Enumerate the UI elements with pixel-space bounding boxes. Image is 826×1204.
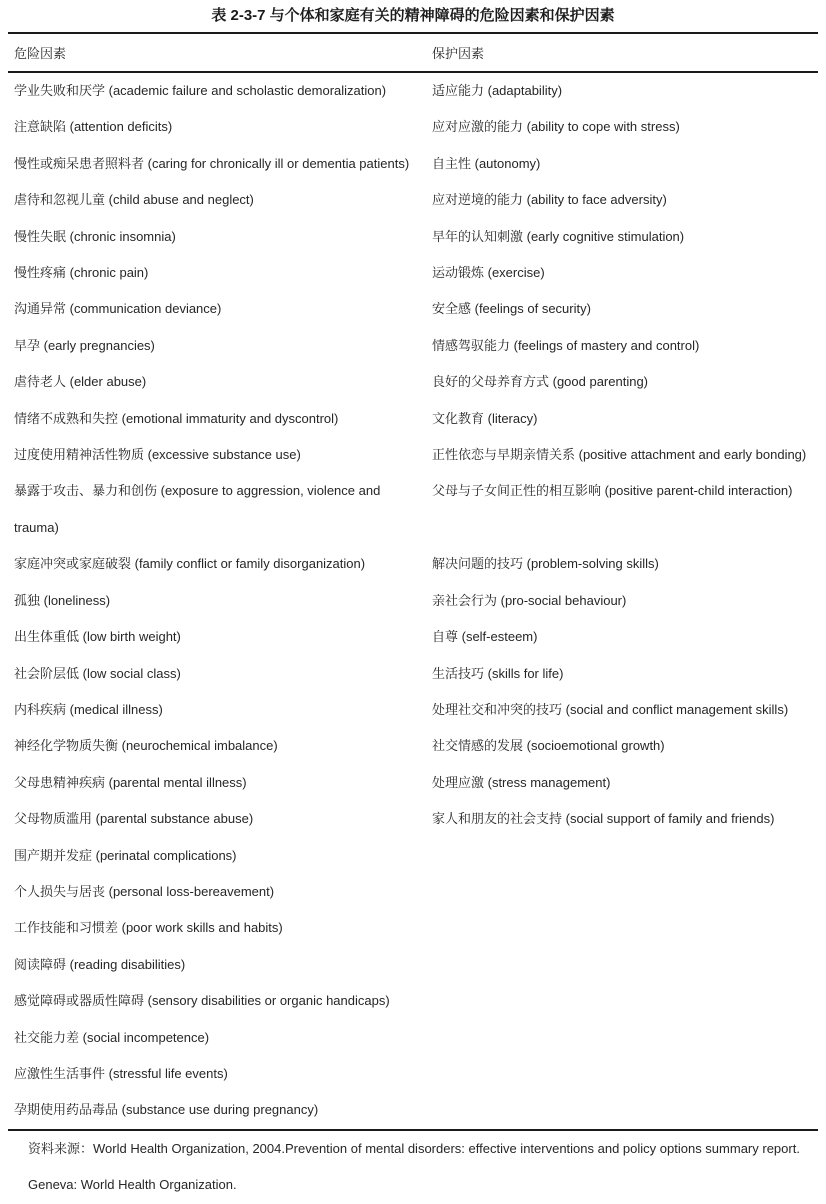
table-header-row: 危险因素 保护因素 <box>8 33 818 72</box>
table-row: 个人损失与居丧 (personal loss-bereavement) <box>8 874 818 910</box>
table-row: 父母物质滥用 (parental substance abuse) 家人和朋友的… <box>8 801 818 837</box>
risk-factor-cell: 暴露于攻击、暴力和创伤 (exposure to aggression, vio… <box>8 473 426 546</box>
protective-factor-cell: 运动锻炼 (exercise) <box>426 255 818 291</box>
protective-factor-cell: 适应能力 (adaptability) <box>426 72 818 109</box>
risk-factor-cell: 应激性生活事件 (stressful life events) <box>8 1056 426 1092</box>
risk-factor-cell: 虐待和忽视儿童 (child abuse and neglect) <box>8 182 426 218</box>
risk-factor-cell: 孤独 (loneliness) <box>8 583 426 619</box>
table-row: 学业失败和厌学 (academic failure and scholastic… <box>8 72 818 109</box>
protective-factor-cell <box>426 1020 818 1056</box>
protective-factor-cell: 生活技巧 (skills for life) <box>426 656 818 692</box>
table-row: 慢性或痴呆患者照料者 (caring for chronically ill o… <box>8 146 818 182</box>
source-note-line2: Geneva: World Health Organization. <box>28 1167 818 1203</box>
column-header-protective: 保护因素 <box>426 33 818 72</box>
table-row: 慢性失眠 (chronic insomnia) 早年的认知刺激 (early c… <box>8 219 818 255</box>
risk-factor-cell: 慢性疼痛 (chronic pain) <box>8 255 426 291</box>
risk-factor-cell: 早孕 (early pregnancies) <box>8 328 426 364</box>
table-row: 围产期并发症 (perinatal complications) <box>8 838 818 874</box>
risk-factor-cell: 阅读障碍 (reading disabilities) <box>8 947 426 983</box>
protective-factor-cell: 自尊 (self-esteem) <box>426 619 818 655</box>
table-row: 出生体重低 (low birth weight) 自尊 (self-esteem… <box>8 619 818 655</box>
table-row: 早孕 (early pregnancies) 情感驾驭能力 (feelings … <box>8 328 818 364</box>
risk-factor-cell: 虐待老人 (elder abuse) <box>8 364 426 400</box>
protective-factor-cell: 自主性 (autonomy) <box>426 146 818 182</box>
table-row: 社会阶层低 (low social class) 生活技巧 (skills fo… <box>8 656 818 692</box>
protective-factor-cell <box>426 1056 818 1092</box>
risk-factor-cell: 内科疾病 (medical illness) <box>8 692 426 728</box>
table-row: 注意缺陷 (attention deficits) 应对应激的能力 (abili… <box>8 109 818 145</box>
table-row: 阅读障碍 (reading disabilities) <box>8 947 818 983</box>
table-row: 孤独 (loneliness) 亲社会行为 (pro-social behavi… <box>8 583 818 619</box>
protective-factor-cell: 情感驾驭能力 (feelings of mastery and control) <box>426 328 818 364</box>
table-row: 孕期使用药品毒品 (substance use during pregnancy… <box>8 1092 818 1129</box>
protective-factor-cell: 处理应激 (stress management) <box>426 765 818 801</box>
table-row: 工作技能和习惯差 (poor work skills and habits) <box>8 910 818 946</box>
table-row: 家庭冲突或家庭破裂 (family conflict or family dis… <box>8 546 818 582</box>
column-header-risk: 危险因素 <box>8 33 426 72</box>
table-row: 沟通异常 (communication deviance) 安全感 (feeli… <box>8 291 818 327</box>
risk-factor-cell: 孕期使用药品毒品 (substance use during pregnancy… <box>8 1092 426 1129</box>
table-row: 父母患精神疾病 (parental mental illness) 处理应激 (… <box>8 765 818 801</box>
risk-factor-cell: 过度使用精神活性物质 (excessive substance use) <box>8 437 426 473</box>
table-row: 内科疾病 (medical illness) 处理社交和冲突的技巧 (socia… <box>8 692 818 728</box>
protective-factor-cell: 应对逆境的能力 (ability to face adversity) <box>426 182 818 218</box>
protective-factor-cell: 社交情感的发展 (socioemotional growth) <box>426 728 818 764</box>
table-title: 表 2-3-7 与个体和家庭有关的精神障碍的危险因素和保护因素 <box>0 0 826 32</box>
risk-factor-cell: 感觉障碍或器质性障碍 (sensory disabilities or orga… <box>8 983 426 1019</box>
protective-factor-cell: 亲社会行为 (pro-social behaviour) <box>426 583 818 619</box>
table-row: 神经化学物质失衡 (neurochemical imbalance) 社交情感的… <box>8 728 818 764</box>
table-row: 慢性疼痛 (chronic pain) 运动锻炼 (exercise) <box>8 255 818 291</box>
protective-factor-cell <box>426 983 818 1019</box>
risk-factor-cell: 沟通异常 (communication deviance) <box>8 291 426 327</box>
risk-factor-cell: 父母患精神疾病 (parental mental illness) <box>8 765 426 801</box>
protective-factor-cell: 家人和朋友的社会支持 (social support of family and… <box>426 801 818 837</box>
risk-factor-cell: 情绪不成熟和失控 (emotional immaturity and dysco… <box>8 401 426 437</box>
risk-protective-table: 危险因素 保护因素 学业失败和厌学 (academic failure and … <box>8 32 818 1131</box>
protective-factor-cell: 早年的认知刺激 (early cognitive stimulation) <box>426 219 818 255</box>
protective-factor-cell <box>426 1092 818 1129</box>
risk-factor-cell: 家庭冲突或家庭破裂 (family conflict or family dis… <box>8 546 426 582</box>
risk-factor-cell: 出生体重低 (low birth weight) <box>8 619 426 655</box>
risk-factor-cell: 注意缺陷 (attention deficits) <box>8 109 426 145</box>
protective-factor-cell: 应对应激的能力 (ability to cope with stress) <box>426 109 818 145</box>
risk-factor-cell: 神经化学物质失衡 (neurochemical imbalance) <box>8 728 426 764</box>
table-row: 暴露于攻击、暴力和创伤 (exposure to aggression, vio… <box>8 473 818 546</box>
protective-factor-cell <box>426 838 818 874</box>
table-row: 虐待和忽视儿童 (child abuse and neglect) 应对逆境的能… <box>8 182 818 218</box>
protective-factor-cell: 良好的父母养育方式 (good parenting) <box>426 364 818 400</box>
protective-factor-cell: 解决问题的技巧 (problem-solving skills) <box>426 546 818 582</box>
table-row: 虐待老人 (elder abuse) 良好的父母养育方式 (good paren… <box>8 364 818 400</box>
table-row: 应激性生活事件 (stressful life events) <box>8 1056 818 1092</box>
protective-factor-cell <box>426 910 818 946</box>
table-row: 情绪不成熟和失控 (emotional immaturity and dysco… <box>8 401 818 437</box>
risk-factor-cell: 慢性失眠 (chronic insomnia) <box>8 219 426 255</box>
risk-factor-cell: 社交能力差 (social incompetence) <box>8 1020 426 1056</box>
source-note-line1: 资料来源：World Health Organization, 2004.Pre… <box>28 1131 818 1167</box>
table-row: 感觉障碍或器质性障碍 (sensory disabilities or orga… <box>8 983 818 1019</box>
protective-factor-cell: 父母与子女间正性的相互影响 (positive parent-child int… <box>426 473 818 546</box>
risk-factor-cell: 围产期并发症 (perinatal complications) <box>8 838 426 874</box>
risk-factor-cell: 工作技能和习惯差 (poor work skills and habits) <box>8 910 426 946</box>
risk-factor-cell: 学业失败和厌学 (academic failure and scholastic… <box>8 72 426 109</box>
protective-factor-cell <box>426 874 818 910</box>
risk-factor-cell: 个人损失与居丧 (personal loss-bereavement) <box>8 874 426 910</box>
table-row: 社交能力差 (social incompetence) <box>8 1020 818 1056</box>
risk-factor-cell: 父母物质滥用 (parental substance abuse) <box>8 801 426 837</box>
protective-factor-cell <box>426 947 818 983</box>
table-body: 学业失败和厌学 (academic failure and scholastic… <box>8 72 818 1130</box>
table-row: 过度使用精神活性物质 (excessive substance use) 正性依… <box>8 437 818 473</box>
risk-factor-cell: 慢性或痴呆患者照料者 (caring for chronically ill o… <box>8 146 426 182</box>
protective-factor-cell: 正性依恋与早期亲情关系 (positive attachment and ear… <box>426 437 818 473</box>
risk-factor-cell: 社会阶层低 (low social class) <box>8 656 426 692</box>
protective-factor-cell: 安全感 (feelings of security) <box>426 291 818 327</box>
source-note: 资料来源：World Health Organization, 2004.Pre… <box>8 1131 818 1204</box>
protective-factor-cell: 处理社交和冲突的技巧 (social and conflict manageme… <box>426 692 818 728</box>
document-page: 表 2-3-7 与个体和家庭有关的精神障碍的危险因素和保护因素 危险因素 保护因… <box>0 0 826 1204</box>
protective-factor-cell: 文化教育 (literacy) <box>426 401 818 437</box>
table-container: 危险因素 保护因素 学业失败和厌学 (academic failure and … <box>8 32 818 1131</box>
